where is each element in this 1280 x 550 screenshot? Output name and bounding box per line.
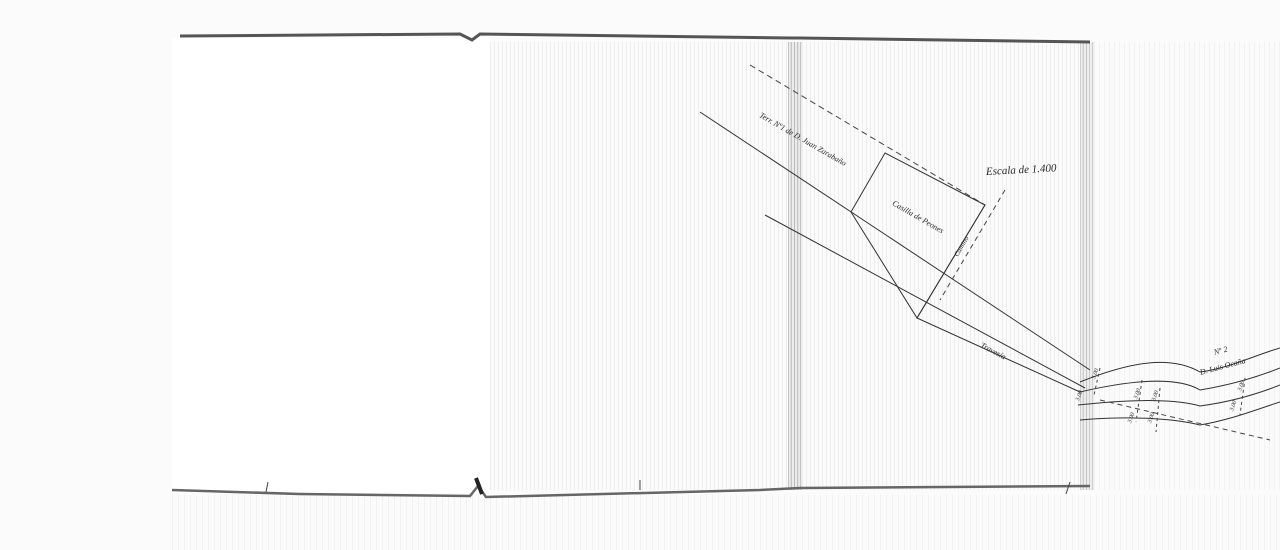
scanned-plan-sheet: Escala de 1.400 Terr. Nº1 de D. Juan Zar… bbox=[0, 0, 1280, 550]
plan-linework bbox=[0, 0, 1280, 550]
